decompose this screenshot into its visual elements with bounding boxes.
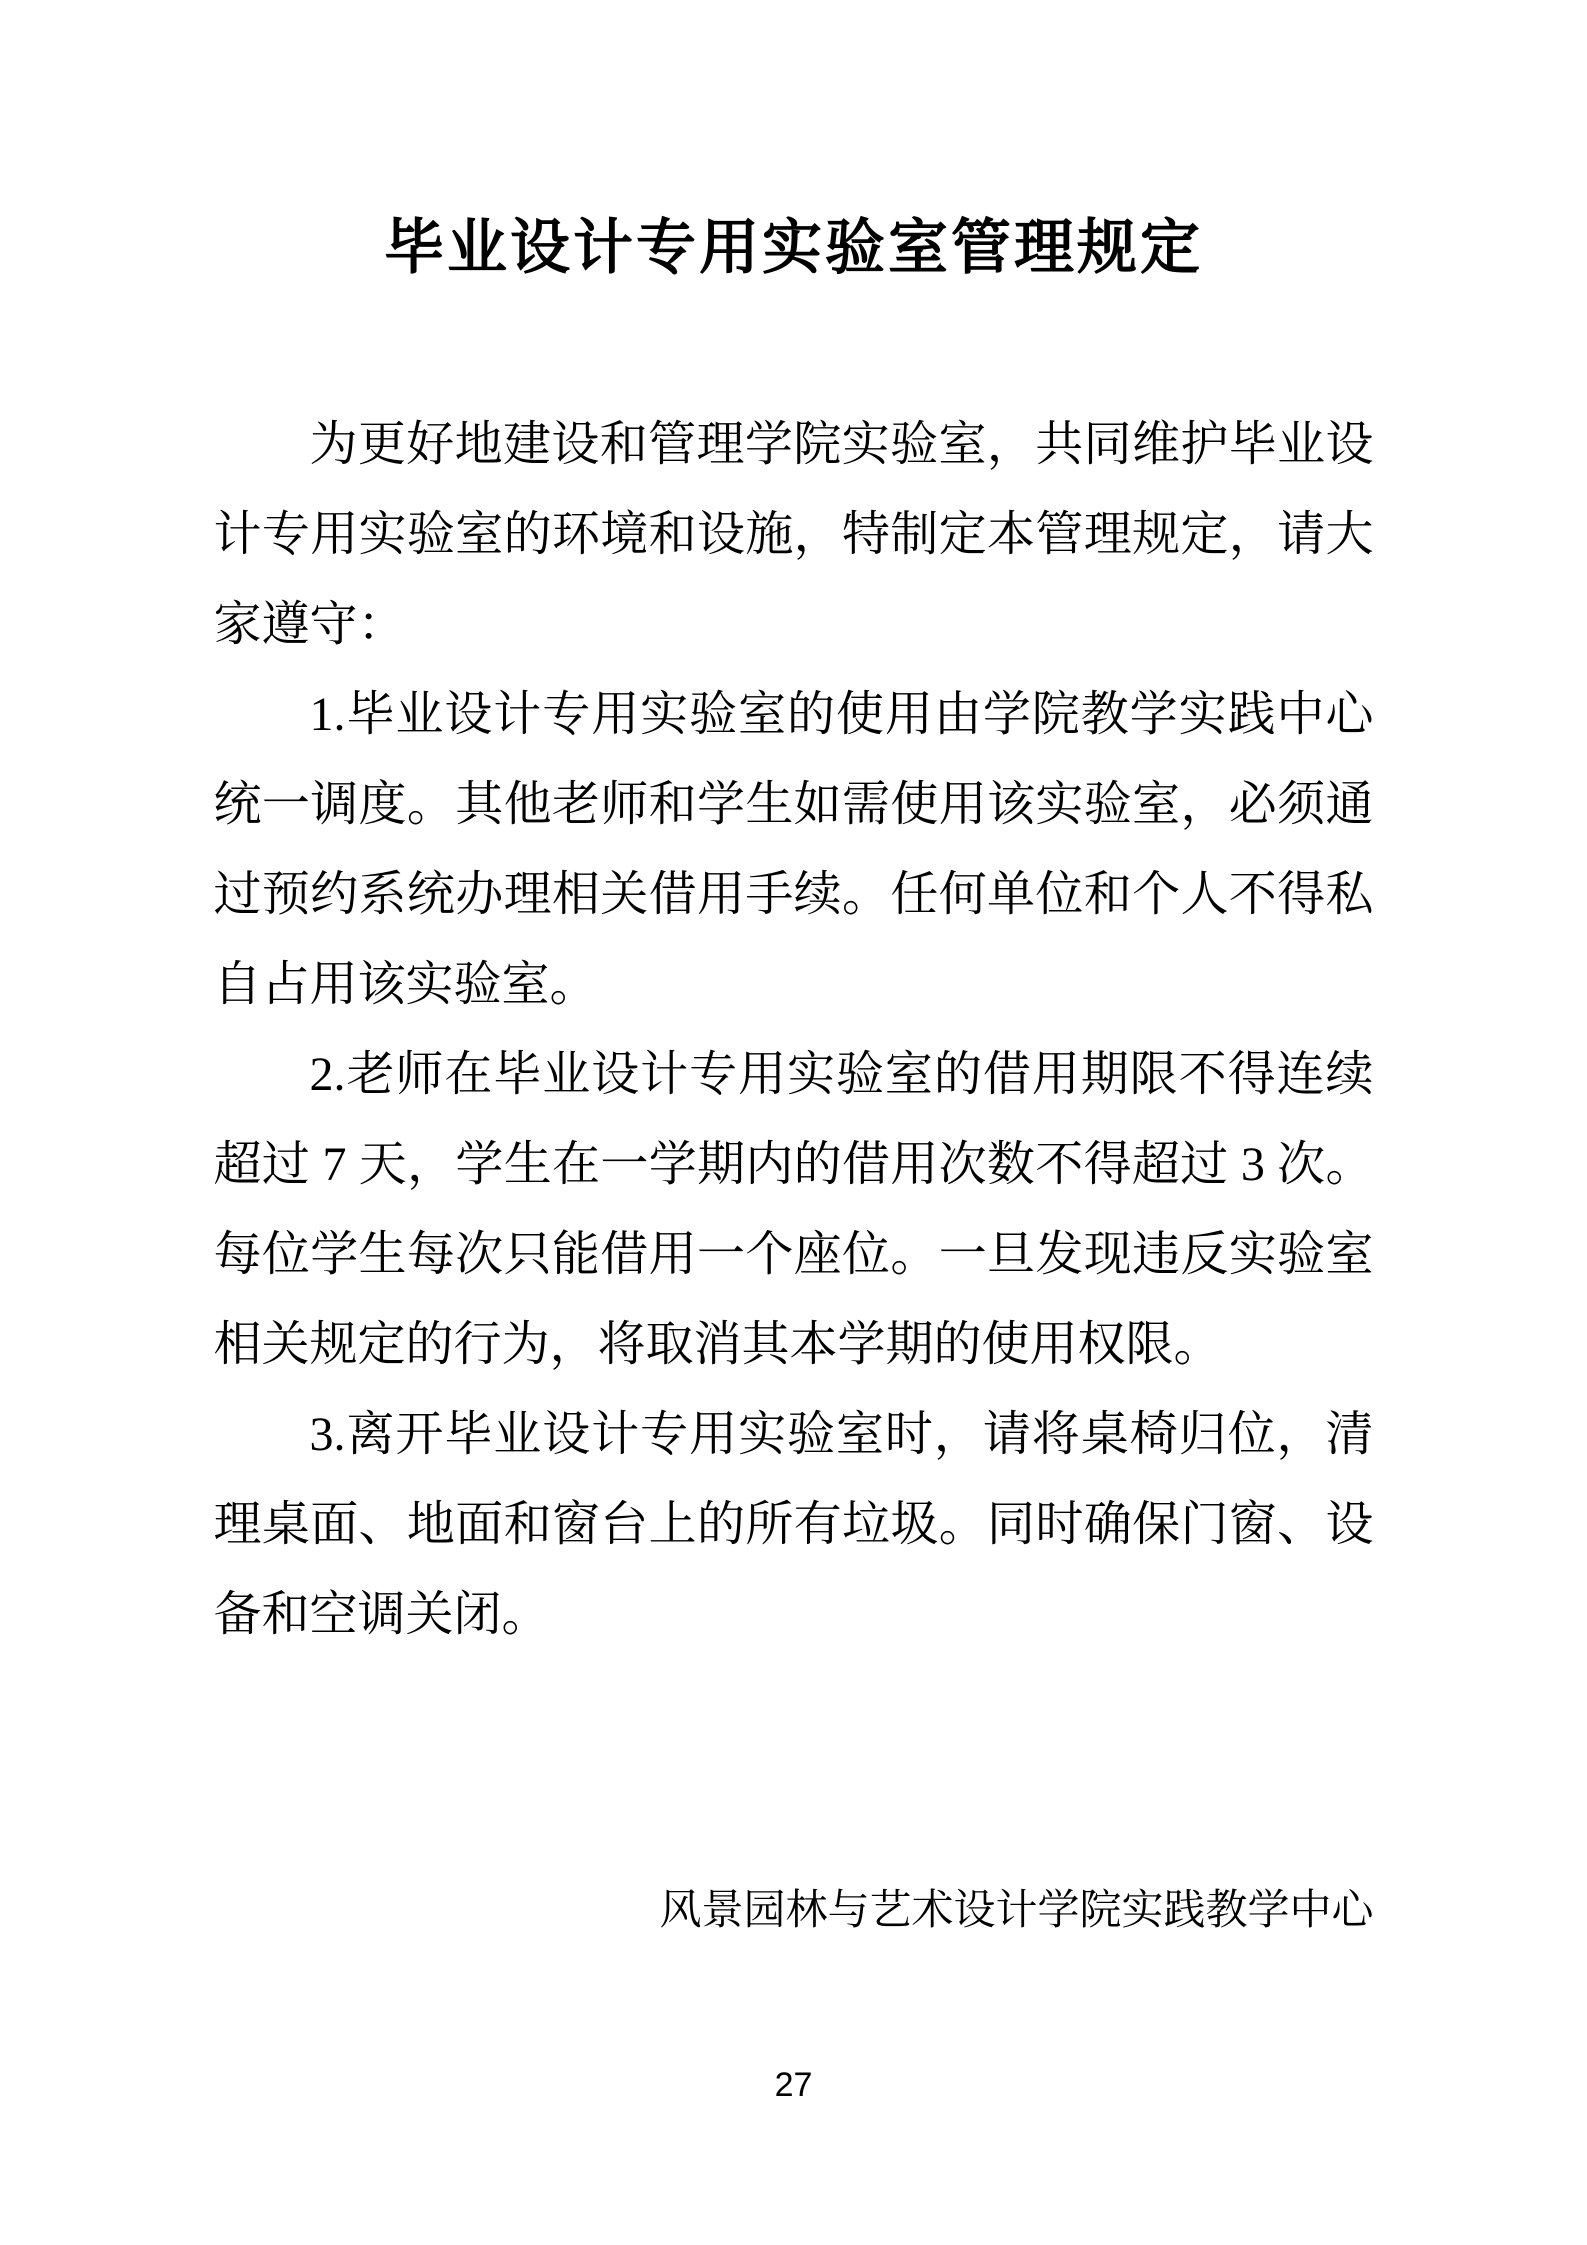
rule-3-paragraph: 3.离开毕业设计专用实验室时，请将桌椅归位，清理桌面、地面和窗台上的所有垃圾。同… bbox=[214, 1390, 1374, 1660]
document-title: 毕业设计专用实验室管理规定 bbox=[0, 0, 1587, 284]
page-number: 27 bbox=[0, 2067, 1587, 2103]
document-body: 为更好地建设和管理学院实验室，共同维护毕业设计专用实验室的环境和设施，特制定本管… bbox=[214, 400, 1374, 1937]
rule-1-paragraph: 1.毕业设计专用实验室的使用由学院教学实践中心统一调度。其他老师和学生如需使用该… bbox=[214, 670, 1374, 1030]
intro-paragraph: 为更好地建设和管理学院实验室，共同维护毕业设计专用实验室的环境和设施，特制定本管… bbox=[214, 400, 1374, 670]
rule-2-paragraph: 2.老师在毕业设计专用实验室的借用期限不得连续超过 7 天，学生在一学期内的借用… bbox=[214, 1030, 1374, 1390]
document-page: 毕业设计专用实验室管理规定 为更好地建设和管理学院实验室，共同维护毕业设计专用实… bbox=[0, 0, 1587, 2245]
signature: 风景园林与艺术设计学院实践教学中心 bbox=[214, 1885, 1374, 1937]
